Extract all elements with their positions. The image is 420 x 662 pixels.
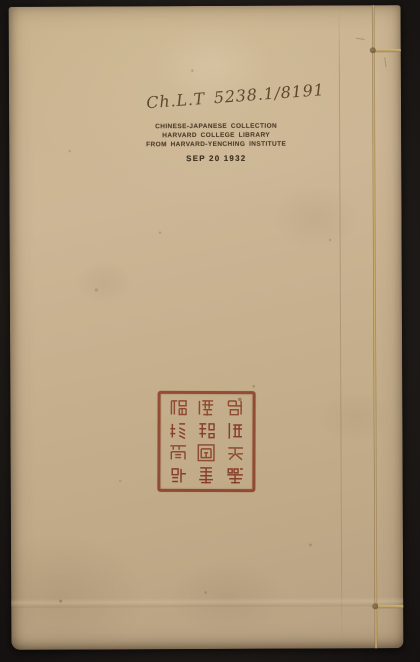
- paper-specks: [9, 7, 10, 8]
- binding-stitch-bottom: [374, 605, 403, 608]
- library-stamp: CHINESE-JAPANESE COLLECTION HARVARD COLL…: [105, 121, 327, 163]
- binding-knot-top: [370, 47, 376, 53]
- seal-character-glyph: [193, 464, 220, 486]
- seal-character-glyph: [221, 397, 248, 419]
- binding-stitch-top: [372, 49, 401, 52]
- seal-character-grid: [164, 397, 248, 486]
- seal-character-glyph: [164, 419, 191, 441]
- library-seal: [157, 391, 255, 492]
- seal-character-glyph: [165, 397, 192, 419]
- stamp-date: SEP 20 1932: [105, 153, 327, 163]
- seal-character-glyph: [221, 442, 248, 464]
- binding-knot-bottom: [372, 603, 378, 609]
- cover-crease-bottom: [11, 597, 403, 608]
- seal-character-glyph: [221, 420, 248, 442]
- seal-character-glyph: [164, 442, 191, 464]
- seal-character-glyph: [193, 419, 220, 441]
- stamp-line-institute: FROM HARVARD-YENCHING INSTITUTE: [105, 140, 327, 150]
- seal-character-glyph: [193, 397, 220, 419]
- seal-character-glyph: [164, 464, 191, 486]
- book-cover: Ch.L.T 5238.1/8191 CHINESE-JAPANESE COLL…: [9, 5, 404, 650]
- seal-character-glyph: [193, 442, 220, 464]
- photo-backdrop: Ch.L.T 5238.1/8191 CHINESE-JAPANESE COLL…: [0, 0, 420, 662]
- seal-character-glyph: [221, 465, 248, 487]
